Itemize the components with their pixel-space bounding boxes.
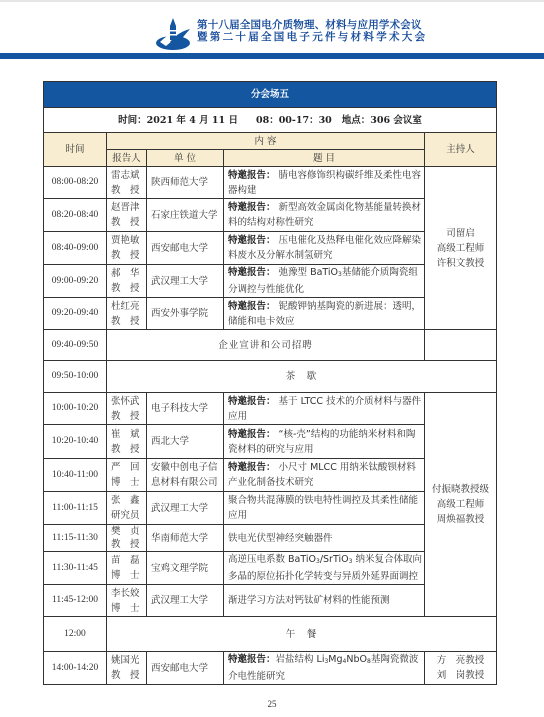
row-time: 09:40-09:50 <box>44 330 107 361</box>
row-reporter: 樊 贞教 授 <box>107 525 147 552</box>
row-time: 11:45-12:00 <box>44 585 107 617</box>
session-date: 时间：2021 年 4 月 11 日 <box>118 115 238 126</box>
row-topic: 特邀报告： 铌酸钾钠基陶瓷的新进展：透明，储能和电卡效应 <box>224 298 425 330</box>
row-topic: 铁电光伏型神经突触器件 <box>224 525 425 552</box>
row-reporter: 姚国光教 授 <box>107 652 147 685</box>
col-header-topic: 题 目 <box>224 150 425 167</box>
row-time: 12:00 <box>44 617 107 652</box>
row-unit: 武汉理工大学 <box>147 265 224 298</box>
row-topic: 高逆压电系数 BaTiO3/SrTiO3 纳米复合体取向多晶的原位拓扑化学转变与… <box>224 552 425 585</box>
row-time: 10:00-10:20 <box>44 393 107 425</box>
conference-title-line2: 暨第二十届全国电子元件与材料学术大会 <box>197 31 427 43</box>
row-time: 09:50-10:00 <box>44 361 107 393</box>
page-header: 第十八届全国电介质物理、材料与应用学术会议 暨第二十届全国电子元件与材料学术大会 <box>0 0 544 60</box>
row-unit: 陕西师范大学 <box>147 167 224 199</box>
col-header-host: 主持人 <box>425 133 497 167</box>
conference-logo-icon <box>152 16 194 52</box>
event-label: 午 餐 <box>107 617 497 652</box>
row-unit: 宝鸡文理学院 <box>147 552 224 585</box>
row-time: 08:40-09:00 <box>44 232 107 265</box>
col-header-unit: 单 位 <box>147 150 224 167</box>
col-header-reporter: 报告人 <box>107 150 147 167</box>
row-time: 14:00-14:20 <box>44 652 107 685</box>
host-cell-2: 付振晓教授级 高级工程师 周焕福教授 <box>425 393 497 617</box>
session-title-row: 分会场五 <box>44 82 497 108</box>
table-header-row: 时间 内 容 主持人 <box>44 133 497 150</box>
row-time: 11:00-11:15 <box>44 492 107 525</box>
row-topic: 特邀报告： 弛豫型 BaTiO3基储能介质陶瓷组分调控与性能优化 <box>224 265 425 298</box>
row-reporter: 苗 磊博 士 <box>107 552 147 585</box>
row-reporter: 崔 斌教 授 <box>107 425 147 459</box>
header-rule <box>0 53 544 59</box>
session-schedule-table: 分会场五 时间：2021 年 4 月 11 日08：00-17：30 地点：30… <box>43 81 497 685</box>
session-hours: 08：00-17：30 <box>256 115 332 126</box>
row-unit: 西安邮电大学 <box>147 232 224 265</box>
row-reporter: 雷志斌教 授 <box>107 167 147 199</box>
page-number: 25 <box>0 699 544 709</box>
host-cell-empty <box>425 330 497 361</box>
table-row: 14:00-14:20 姚国光教 授 西安邮电大学 特邀报告：岩盐结构 Li3M… <box>44 652 497 685</box>
conference-title-line1: 第十八届全国电介质物理、材料与应用学术会议 <box>197 19 427 31</box>
row-unit: 西北大学 <box>147 425 224 459</box>
row-unit: 西安外事学院 <box>147 298 224 330</box>
row-unit: 石家庄铁道大学 <box>147 199 224 232</box>
row-reporter: 张怀武教 授 <box>107 393 147 425</box>
table-row-event: 09:50-10:00 茶 歇 <box>44 361 497 393</box>
row-topic: 特邀报告： 基于 LTCC 技术的介质材料与器件应用 <box>224 393 425 425</box>
row-unit: 电子科技大学 <box>147 393 224 425</box>
row-reporter: 李长姣博 士 <box>107 585 147 617</box>
row-reporter: 郝 华教 授 <box>107 265 147 298</box>
row-topic: 特邀报告： 压电催化及热释电催化效应降解染料废水及分解水制氢研究 <box>224 232 425 265</box>
row-topic: 特邀报告： 小尺寸 MLCC 用纳米钛酸钡材料产业化制备技术研究 <box>224 459 425 492</box>
session-title: 分会场五 <box>44 82 497 108</box>
row-time: 08:00-08:20 <box>44 167 107 199</box>
row-unit: 安徽中创电子信息材料有限公司 <box>147 459 224 492</box>
row-time: 09:00-09:20 <box>44 265 107 298</box>
col-header-content: 内 容 <box>107 133 425 150</box>
row-reporter: 贾艳敏教 授 <box>107 232 147 265</box>
row-unit: 武汉理工大学 <box>147 585 224 617</box>
table-row: 08:00-08:20 雷志斌教 授 陕西师范大学 特邀报告： 腈电容修饰织构碳… <box>44 167 497 199</box>
host-cell-1: 司留启 高级工程师 许积文教授 <box>425 167 497 330</box>
event-label: 茶 歇 <box>107 361 497 393</box>
row-time: 10:40-11:00 <box>44 459 107 492</box>
row-topic: 聚合物共混薄膜的铁电特性调控及其柔性储能应用 <box>224 492 425 525</box>
row-reporter: 严 回博 士 <box>107 459 147 492</box>
row-time: 11:15-11:30 <box>44 525 107 552</box>
col-header-time: 时间 <box>44 133 107 167</box>
session-location: 地点：306 会议室 <box>342 115 422 126</box>
row-time: 09:20-09:40 <box>44 298 107 330</box>
conference-title: 第十八届全国电介质物理、材料与应用学术会议 暨第二十届全国电子元件与材料学术大会 <box>197 19 427 43</box>
row-topic: 渐进学习方法对钙钛矿材料的性能预测 <box>224 585 425 617</box>
row-time: 10:20-10:40 <box>44 425 107 459</box>
row-reporter: 杜红亮教 授 <box>107 298 147 330</box>
row-topic: 特邀报告： “核-壳”结构的功能纳米材料和陶瓷材料的研究与应用 <box>224 425 425 459</box>
row-reporter: 赵晋津教 授 <box>107 199 147 232</box>
row-topic: 特邀报告：岩盐结构 Li3Mg4NbO8基陶瓷微波介电性能研究 <box>224 652 425 685</box>
table-row: 10:00-10:20 张怀武教 授 电子科技大学 特邀报告： 基于 LTCC … <box>44 393 497 425</box>
row-time: 11:30-11:45 <box>44 552 107 585</box>
row-reporter: 张 鑫研究员 <box>107 492 147 525</box>
session-info-row: 时间：2021 年 4 月 11 日08：00-17：30 地点：306 会议室 <box>44 108 497 133</box>
row-unit: 武汉理工大学 <box>147 492 224 525</box>
table-row-event: 09:40-09:50 企业宣讲和公司招聘 <box>44 330 497 361</box>
row-unit: 华南师范大学 <box>147 525 224 552</box>
row-topic: 特邀报告： 新型高效金属卤化物基能量转换材料的结构对称性研究 <box>224 199 425 232</box>
table-row-event: 12:00 午 餐 <box>44 617 497 652</box>
event-label: 企业宣讲和公司招聘 <box>107 330 425 361</box>
host-cell-3: 方 亮教授 刘 岗教授 <box>425 652 497 685</box>
row-time: 08:20-08:40 <box>44 199 107 232</box>
row-unit: 西安邮电大学 <box>147 652 224 685</box>
row-topic: 特邀报告： 腈电容修饰织构碳纤维及柔性电容器构建 <box>224 167 425 199</box>
